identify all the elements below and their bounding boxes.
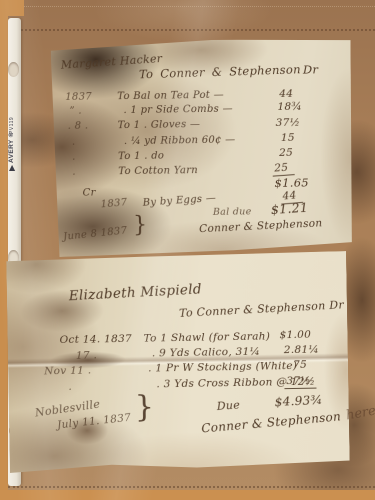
merchant-signature: Conner & Stephenson bbox=[201, 410, 342, 434]
row-date: 1837 bbox=[65, 93, 92, 103]
row-date: . bbox=[72, 168, 76, 178]
row-date: . 8 . bbox=[68, 122, 89, 132]
row-date: Nov 11 . bbox=[44, 366, 91, 377]
total-label: Due bbox=[216, 399, 240, 412]
avery-triangle-icon: ▲ bbox=[9, 164, 15, 172]
credit-heading: Cr bbox=[83, 188, 96, 198]
row-amount: 37½ bbox=[284, 376, 317, 389]
row-desc: . ¼ yd Ribbon 60¢ — bbox=[124, 136, 236, 148]
credit-desc: By by Eggs — bbox=[142, 194, 216, 209]
row-desc: . 1 Pr W Stockings (White) bbox=[148, 361, 297, 374]
punch-hole bbox=[8, 62, 19, 77]
row-amount: 37½ bbox=[276, 118, 301, 129]
row-amount: 44 bbox=[279, 89, 293, 100]
sleeve-bottom-seam bbox=[8, 486, 375, 488]
archive-photo: PV119 AVERY ® ▲ Margaret Hacker To Conne… bbox=[0, 0, 375, 500]
brace-glyph: } bbox=[133, 215, 148, 237]
document-elizabeth-account: Elizabeth Mispield To Conner & Stephenso… bbox=[6, 251, 350, 473]
row-desc: . 9 Yds Calico, 31¼ bbox=[152, 347, 260, 359]
date-line: June 8 1837 bbox=[63, 226, 128, 242]
row-amount: 15 bbox=[281, 133, 295, 144]
row-amount: 18¾ bbox=[277, 102, 302, 113]
ledger-header: To Conner & Stephenson Dr bbox=[179, 299, 344, 319]
row-amount: 75 bbox=[293, 360, 307, 371]
row-desc: . 1 pr Side Combs — bbox=[123, 105, 233, 117]
row-date: ” . bbox=[69, 107, 82, 117]
balance-amount: $1.21 bbox=[270, 202, 308, 217]
ledger-header: To Conner & Stephenson bbox=[139, 64, 301, 81]
ledger-header-dr: Dr bbox=[303, 64, 318, 76]
row-amount: 2.81¼ bbox=[284, 345, 319, 356]
row-desc: To 1 Shawl (for Sarah) bbox=[143, 331, 270, 344]
row-date: . bbox=[72, 138, 76, 148]
row-date: 17 . bbox=[76, 350, 97, 361]
brace-glyph: } bbox=[135, 392, 155, 422]
date-line: July 11. 1837 bbox=[57, 413, 132, 431]
total-amount: $4.93¾ bbox=[274, 394, 322, 408]
row-desc: To 1 . do bbox=[118, 152, 164, 163]
row-desc: To Bal on Tea Pot — bbox=[117, 91, 224, 102]
debit-total: $1.65 bbox=[274, 178, 309, 190]
table-surface-left bbox=[0, 0, 8, 500]
avery-brand-label: AVERY ® bbox=[8, 132, 15, 163]
row-amount: 25 bbox=[279, 148, 293, 159]
row-amount: $1.00 bbox=[279, 330, 311, 341]
merchant-signature: Conner & Stephenson bbox=[199, 218, 323, 235]
balance-label: Bal due bbox=[213, 207, 252, 217]
credit-date: 1837 bbox=[100, 198, 127, 210]
row-desc: To 1 . Gloves — bbox=[118, 120, 201, 131]
table-surface-bottom bbox=[0, 490, 375, 500]
row-desc: To Cotton Yarn bbox=[118, 166, 198, 177]
sleeve-top-edge bbox=[8, 6, 375, 7]
row-date: . bbox=[72, 153, 76, 163]
debtor-name: Elizabeth Mispield bbox=[69, 283, 203, 303]
document-hacker-account: Margaret Hacker To Conner & Stephenson D… bbox=[51, 38, 354, 257]
row-amount: 25 bbox=[272, 162, 295, 176]
row-date: . bbox=[68, 382, 72, 393]
row-date: Oct 14. 1837 bbox=[60, 334, 133, 346]
sleeve-top-seam bbox=[8, 29, 375, 31]
